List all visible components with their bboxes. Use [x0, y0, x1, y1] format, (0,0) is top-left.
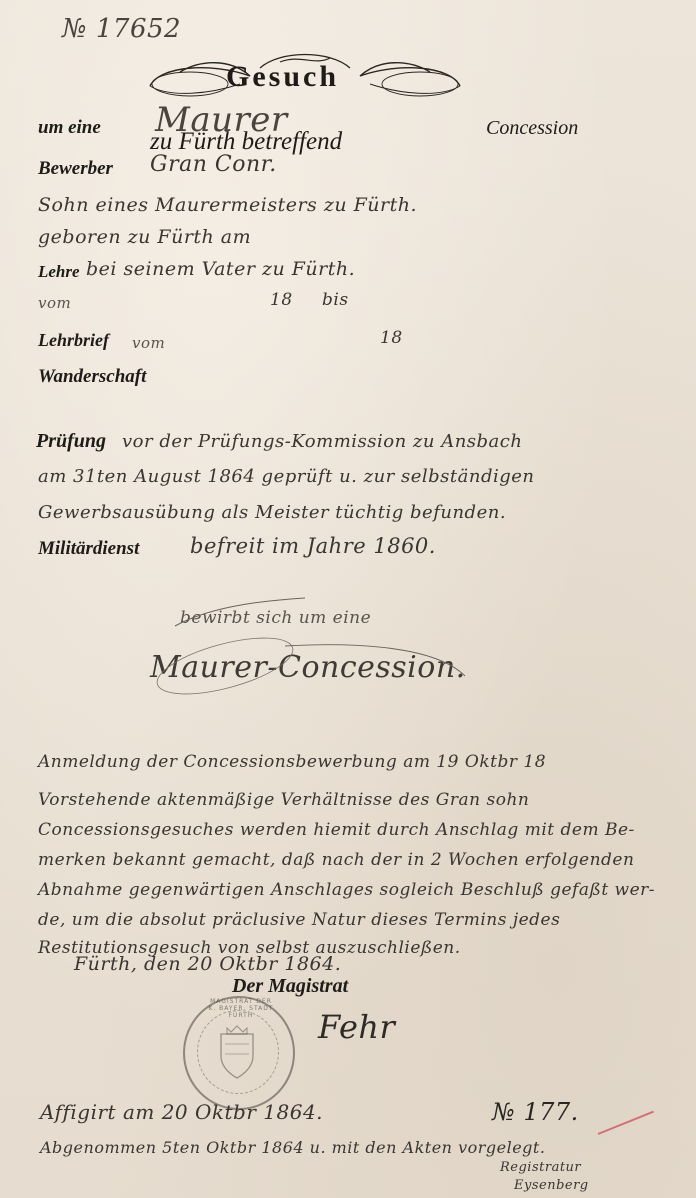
- pruefung-label: Prüfung: [36, 430, 106, 453]
- lehre-label: Lehre: [38, 262, 80, 282]
- registratur-line2: Eysenberg: [514, 1178, 589, 1193]
- militaer-value: befreit im Jahre 1860.: [190, 534, 436, 558]
- body-line-1: Anmeldung der Concessionsbewerbung am 19…: [38, 752, 546, 772]
- vom-year: 18: [270, 290, 293, 310]
- bewerber-value: Gran Conr.: [150, 152, 277, 177]
- red-pencil-mark: [598, 1111, 654, 1135]
- affigirt-line: Affigirt am 20 Oktbr 1864.: [40, 1100, 323, 1124]
- footer-number: № 177.: [492, 1098, 579, 1126]
- body-line-2: Vorstehende aktenmäßige Verhältnisse des…: [38, 790, 529, 810]
- document-number: № 17652: [62, 14, 181, 44]
- header-prefix: um eine: [38, 117, 101, 139]
- document-title: Gesuch: [226, 60, 339, 94]
- body-line-4: merken bekannt gemacht, daß nach der in …: [38, 850, 634, 870]
- pruefung-line3: Gewerbsausübung als Meister tüchtig befu…: [38, 502, 506, 523]
- body-line-6: de, um die absolut präclusive Natur dies…: [38, 910, 560, 930]
- sohn-line: Sohn eines Maurermeisters zu Fürth.: [38, 194, 417, 216]
- place-date: Fürth, den 20 Oktbr 1864.: [74, 953, 341, 975]
- seal-text: MAGISTRAT DER K. BAYER. STADT FÜRTH: [206, 998, 276, 1019]
- lehrbrief-vom: vom: [132, 334, 165, 352]
- militaer-label: Militärdienst: [38, 538, 139, 560]
- vom-label: vom: [38, 294, 71, 312]
- wanderschaft-label: Wanderschaft: [38, 366, 146, 388]
- header-suffix: Concession: [486, 117, 578, 140]
- pruefung-line2: am 31ten August 1864 geprüft u. zur selb…: [38, 466, 535, 487]
- document-page: № 17652 Gesuch um eine Maurer Concession…: [0, 0, 696, 1198]
- geboren-line: geboren zu Fürth am: [38, 226, 251, 248]
- body-line-3: Concessionsgesuches werden hiemit durch …: [38, 820, 635, 840]
- lehrbrief-label: Lehrbrief: [38, 330, 109, 351]
- pruefung-line1: vor der Prüfungs-Kommission zu Ansbach: [122, 431, 522, 452]
- registratur-line1: Registratur: [500, 1160, 581, 1175]
- request-flourish-icon: [135, 596, 475, 696]
- authority-label: Der Magistrat: [232, 975, 348, 998]
- lehrbrief-year: 18: [380, 328, 403, 348]
- bis-label: bis: [322, 290, 349, 310]
- bewerber-label: Bewerber: [38, 158, 113, 180]
- lehre-value: bei seinem Vater zu Fürth.: [86, 258, 355, 280]
- magistrat-signature: Fehr: [318, 1008, 395, 1046]
- abgenommen-line: Abgenommen 5ten Oktbr 1864 u. mit den Ak…: [40, 1138, 545, 1157]
- body-line-5: Abnahme gegenwärtigen Anschlages sogleic…: [38, 880, 655, 900]
- seal-coat-of-arms-icon: [215, 1022, 259, 1082]
